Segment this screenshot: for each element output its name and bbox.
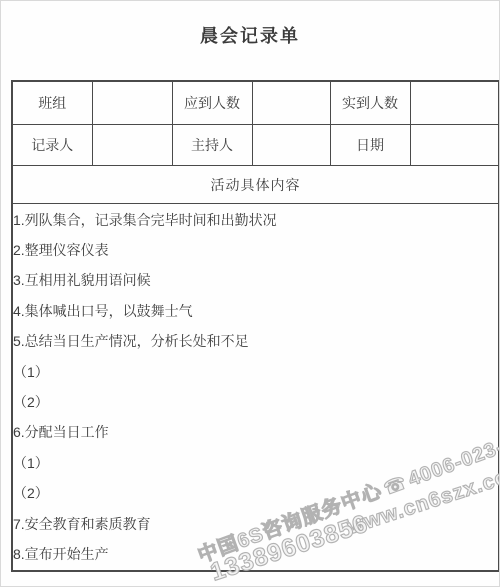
table-row-content: 1.列队集合，记录集合完毕时间和出勤状况 2.整理仪容仪表 3.互相用礼貌用语问… xyxy=(12,204,499,572)
date-value-cell xyxy=(410,125,499,166)
recorder-label-cell: 记录人 xyxy=(12,125,92,166)
record-form-table: 班组 应到人数 实到人数 记录人 主持人 日期 活动具体内容 1.列队集合 xyxy=(11,80,500,572)
host-value-cell xyxy=(252,125,330,166)
content-line-6-sub-1: （1） xyxy=(13,448,498,478)
content-cell: 1.列队集合，记录集合完毕时间和出勤状况 2.整理仪容仪表 3.互相用礼貌用语问… xyxy=(12,204,499,572)
expected-count-value-cell xyxy=(252,81,330,125)
content-line-3: 3.互相用礼貌用语问候 xyxy=(13,265,498,295)
content-line-2: 2.整理仪容仪表 xyxy=(13,235,498,265)
content-line-4: 4.集体喊出口号，以鼓舞士气 xyxy=(13,296,498,326)
recorder-value-cell xyxy=(92,125,172,166)
content-line-7: 7.安全教育和素质教育 xyxy=(13,509,498,539)
content-line-6: 6.分配当日工作 xyxy=(13,417,498,447)
morning-meeting-record-sheet: 晨会记录单 班组 应到人数 实到人数 记录人 主持人 日期 xyxy=(0,0,500,587)
page-title: 晨会记录单 xyxy=(1,22,499,48)
table-row-recorder: 记录人 主持人 日期 xyxy=(12,125,499,166)
section-header-cell: 活动具体内容 xyxy=(12,166,499,204)
content-line-5: 5.总结当日生产情况，分析长处和不足 xyxy=(13,326,498,356)
content-line-8: 8.宣布开始生产 xyxy=(13,539,498,569)
content-line-6-sub-2: （2） xyxy=(13,478,498,508)
content-line-1: 1.列队集合，记录集合完毕时间和出勤状况 xyxy=(13,205,498,235)
host-label-cell: 主持人 xyxy=(172,125,252,166)
content-line-5-sub-1: （1） xyxy=(13,357,498,387)
team-label-cell: 班组 xyxy=(12,81,92,125)
actual-count-label-cell: 实到人数 xyxy=(330,81,410,125)
table-row-section-header: 活动具体内容 xyxy=(12,166,499,204)
date-label-cell: 日期 xyxy=(330,125,410,166)
expected-count-label-cell: 应到人数 xyxy=(172,81,252,125)
table-row-team: 班组 应到人数 实到人数 xyxy=(12,81,499,125)
actual-count-value-cell xyxy=(410,81,499,125)
team-value-cell xyxy=(92,81,172,125)
content-line-5-sub-2: （2） xyxy=(13,387,498,417)
